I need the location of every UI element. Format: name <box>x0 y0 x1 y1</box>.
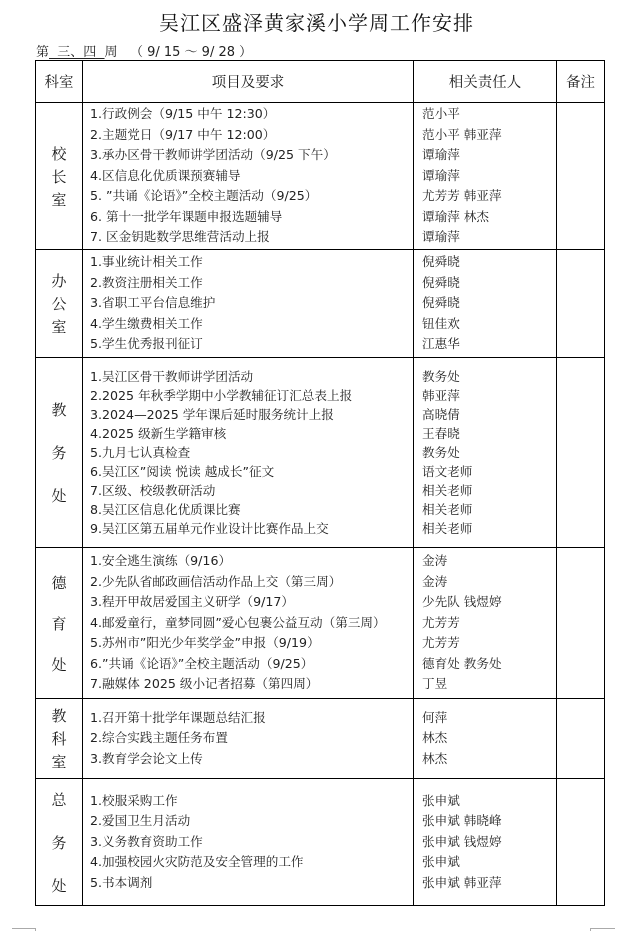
responsible-line: 相关老师 <box>422 519 556 538</box>
item-line: 2.爱国卫生月活动 <box>90 811 413 832</box>
item-line: 5.学生优秀报刊征订 <box>90 334 413 355</box>
responsible-line: 丁昱 <box>422 674 556 695</box>
item-line: 5.九月七认真检查 <box>90 443 413 462</box>
dept-char: 室 <box>51 316 66 337</box>
weekly-schedule-table: 科室 项目及要求 相关责任人 备注 校 长 室 1.行政例会（9/15 中午 1… <box>35 60 605 906</box>
item-line: 3.义务教育资助工作 <box>90 832 413 853</box>
responsible-line: 倪舜晓 <box>422 252 556 273</box>
header-responsible: 相关责任人 <box>414 61 557 103</box>
responsible-line: 谭瑜萍 <box>422 166 556 187</box>
responsible-line: 相关老师 <box>422 481 556 500</box>
item-line: 3.程开甲故居爱国主义研学（9/17） <box>90 592 413 613</box>
item-line: 1.校服采购工作 <box>90 791 413 812</box>
header-dept: 科室 <box>36 61 83 103</box>
responsible-line: 张申斌 韩亚萍 <box>422 873 556 894</box>
responsible-line: 江惠华 <box>422 334 556 355</box>
week-numbers: 三、四 <box>49 45 105 60</box>
responsible-line: 林杰 <box>422 749 556 770</box>
dept-char: 总 <box>51 789 66 810</box>
responsible-line: 谭瑜萍 <box>422 227 556 248</box>
responsible-line: 尤芳芳 韩亚萍 <box>422 186 556 207</box>
responsible-line: 张申斌 <box>422 791 556 812</box>
item-line: 4.2025 级新生学籍审核 <box>90 424 413 443</box>
item-line: 1.安全逃生演练（9/16） <box>90 551 413 572</box>
notes-cell <box>557 699 605 779</box>
dept-char: 教 <box>51 705 66 726</box>
responsible-cell: 张申斌 张申斌 韩晓峰 张申斌 钱煜婷 张申斌 张申斌 韩亚萍 <box>414 779 557 906</box>
item-line: 3.承办区骨干教师讲学团活动（9/25 下午） <box>90 145 413 166</box>
section-row-general-affairs: 总 务 处 1.校服采购工作 2.爱国卫生月活动 3.义务教育资助工作 4.加强… <box>36 779 605 906</box>
item-line: 9.吴江区第五届单元作业设计比赛作品上交 <box>90 519 413 538</box>
item-line: 4.区信息化优质课预赛辅导 <box>90 166 413 187</box>
notes-cell <box>557 779 605 906</box>
responsible-line: 倪舜晓 <box>422 273 556 294</box>
responsible-line: 教务处 <box>422 443 556 462</box>
item-line: 6.”共诵《论语》”全校主题活动（9/25） <box>90 654 413 675</box>
item-line: 5.苏州市”阳光少年奖学金”申报（9/19） <box>90 633 413 654</box>
dept-char: 公 <box>51 293 66 314</box>
item-line: 1.召开第十批学年课题总结汇报 <box>90 708 413 729</box>
item-line: 6.吴江区”阅读 悦读 越成长”征文 <box>90 462 413 481</box>
item-line: 7.区级、校级教研活动 <box>90 481 413 500</box>
header-notes: 备注 <box>557 61 605 103</box>
dept-char: 教 <box>51 399 66 420</box>
responsible-line: 尤芳芳 <box>422 633 556 654</box>
responsible-line: 韩亚萍 <box>422 386 556 405</box>
responsible-line: 林杰 <box>422 728 556 749</box>
responsible-line: 少先队 钱煜婷 <box>422 592 556 613</box>
item-line: 5.书本调剂 <box>90 873 413 894</box>
dept-char: 室 <box>51 751 66 772</box>
item-line: 2.综合实践主题任务布置 <box>90 728 413 749</box>
responsible-line: 教务处 <box>422 367 556 386</box>
item-line: 1.事业统计相关工作 <box>90 252 413 273</box>
section-row-moral-education: 德 育 处 1.安全逃生演练（9/16） 2.少先队省邮政画信活动作品上交（第三… <box>36 548 605 699</box>
week-prefix: 第 <box>36 45 49 60</box>
item-line: 2.教资注册相关工作 <box>90 273 413 294</box>
notes-cell <box>557 103 605 250</box>
dept-cell: 校 长 室 <box>36 103 83 250</box>
document-title: 吴江区盛泽黄家溪小学周工作安排 <box>0 7 633 36</box>
item-line: 3.2024—2025 学年课后延时服务统计上报 <box>90 405 413 424</box>
responsible-line: 谭瑜萍 <box>422 145 556 166</box>
item-line: 4.邮爱童行，童梦同圆”爱心包裹公益互动（第三周） <box>90 613 413 634</box>
items-cell: 1.行政例会（9/15 中午 12:30） 2.主题党日（9/17 中午 12:… <box>83 103 414 250</box>
items-cell: 1.安全逃生演练（9/16） 2.少先队省邮政画信活动作品上交（第三周） 3.程… <box>83 548 414 699</box>
item-line: 7.融媒体 2025 级小记者招募（第四周） <box>90 674 413 695</box>
responsible-line: 王春晓 <box>422 424 556 443</box>
date-range: （ 9/ 15 ～ 9/ 28 ） <box>118 45 253 60</box>
section-row-principal-office: 校 长 室 1.行政例会（9/15 中午 12:30） 2.主题党日（9/17 … <box>36 103 605 250</box>
responsible-line: 语文老师 <box>422 462 556 481</box>
header-items: 项目及要求 <box>83 61 414 103</box>
dept-cell: 德 育 处 <box>36 548 83 699</box>
dept-char: 务 <box>51 832 66 853</box>
items-cell: 1.吴江区骨干教师讲学团活动 2.2025 年秋季学期中小学教辅征订汇总表上报 … <box>83 358 414 548</box>
item-line: 7. 区金钥匙数学思维营活动上报 <box>90 227 413 248</box>
responsible-cell: 金涛 金涛 少先队 钱煜婷 尤芳芳 尤芳芳 德育处 教务处 丁昱 <box>414 548 557 699</box>
week-suffix: 周 <box>105 45 118 60</box>
dept-char: 务 <box>51 442 66 463</box>
item-line: 2.2025 年秋季学期中小学教辅征订汇总表上报 <box>90 386 413 405</box>
items-cell: 1.校服采购工作 2.爱国卫生月活动 3.义务教育资助工作 4.加强校园火灾防范… <box>83 779 414 906</box>
dept-char: 校 <box>51 143 66 164</box>
items-cell: 1.事业统计相关工作 2.教资注册相关工作 3.省职工平台信息维护 4.学生缴费… <box>83 250 414 358</box>
dept-char: 处 <box>51 654 66 675</box>
section-row-research-office: 教 科 室 1.召开第十批学年课题总结汇报 2.综合实践主题任务布置 3.教育学… <box>36 699 605 779</box>
responsible-line: 相关老师 <box>422 500 556 519</box>
dept-char: 办 <box>51 270 66 291</box>
responsible-line: 金涛 <box>422 551 556 572</box>
dept-char: 处 <box>51 875 66 896</box>
item-line: 6. 第十一批学年课题申报选题辅导 <box>90 207 413 228</box>
dept-char: 科 <box>51 728 66 749</box>
responsible-cell: 倪舜晓 倪舜晓 倪舜晓 钮佳欢 江惠华 <box>414 250 557 358</box>
table-header-row: 科室 项目及要求 相关责任人 备注 <box>36 61 605 103</box>
responsible-cell: 何萍 林杰 林杰 <box>414 699 557 779</box>
item-line: 1.吴江区骨干教师讲学团活动 <box>90 367 413 386</box>
responsible-line: 高晓倩 <box>422 405 556 424</box>
dept-char: 德 <box>51 572 66 593</box>
item-line: 3.省职工平台信息维护 <box>90 293 413 314</box>
responsible-line: 张申斌 钱煜婷 <box>422 832 556 853</box>
dept-cell: 教 科 室 <box>36 699 83 779</box>
responsible-line: 范小平 韩亚萍 <box>422 125 556 146</box>
responsible-line: 倪舜晓 <box>422 293 556 314</box>
item-line: 5. ”共诵《论语》”全校主题活动（9/25） <box>90 186 413 207</box>
dept-char: 室 <box>51 189 66 210</box>
responsible-line: 张申斌 <box>422 852 556 873</box>
dept-char: 长 <box>51 166 66 187</box>
dept-char: 处 <box>51 485 66 506</box>
responsible-line: 谭瑜萍 林杰 <box>422 207 556 228</box>
item-line: 8.吴江区信息化优质课比赛 <box>90 500 413 519</box>
item-line: 2.主题党日（9/17 中午 12:00） <box>90 125 413 146</box>
item-line: 4.学生缴费相关工作 <box>90 314 413 335</box>
responsible-cell: 范小平 范小平 韩亚萍 谭瑜萍 谭瑜萍 尤芳芳 韩亚萍 谭瑜萍 林杰 谭瑜萍 <box>414 103 557 250</box>
responsible-line: 张申斌 韩晓峰 <box>422 811 556 832</box>
items-cell: 1.召开第十批学年课题总结汇报 2.综合实践主题任务布置 3.教育学会论文上传 <box>83 699 414 779</box>
responsible-line: 德育处 教务处 <box>422 654 556 675</box>
dept-cell: 教 务 处 <box>36 358 83 548</box>
responsible-line: 金涛 <box>422 572 556 593</box>
dept-cell: 总 务 处 <box>36 779 83 906</box>
section-row-academic-affairs: 教 务 处 1.吴江区骨干教师讲学团活动 2.2025 年秋季学期中小学教辅征订… <box>36 358 605 548</box>
section-row-general-office: 办 公 室 1.事业统计相关工作 2.教资注册相关工作 3.省职工平台信息维护 … <box>36 250 605 358</box>
item-line: 1.行政例会（9/15 中午 12:30） <box>90 104 413 125</box>
responsible-line: 钮佳欢 <box>422 314 556 335</box>
responsible-line: 范小平 <box>422 104 556 125</box>
week-range-line: 第 三、四 周 （ 9/ 15 ～ 9/ 28 ） <box>36 41 252 60</box>
notes-cell <box>557 250 605 358</box>
dept-cell: 办 公 室 <box>36 250 83 358</box>
responsible-line: 何萍 <box>422 708 556 729</box>
item-line: 4.加强校园火灾防范及安全管理的工作 <box>90 852 413 873</box>
responsible-cell: 教务处 韩亚萍 高晓倩 王春晓 教务处 语文老师 相关老师 相关老师 相关老师 <box>414 358 557 548</box>
item-line: 3.教育学会论文上传 <box>90 749 413 770</box>
notes-cell <box>557 358 605 548</box>
item-line: 2.少先队省邮政画信活动作品上交（第三周） <box>90 572 413 593</box>
notes-cell <box>557 548 605 699</box>
responsible-line: 尤芳芳 <box>422 613 556 634</box>
dept-char: 育 <box>51 613 66 634</box>
